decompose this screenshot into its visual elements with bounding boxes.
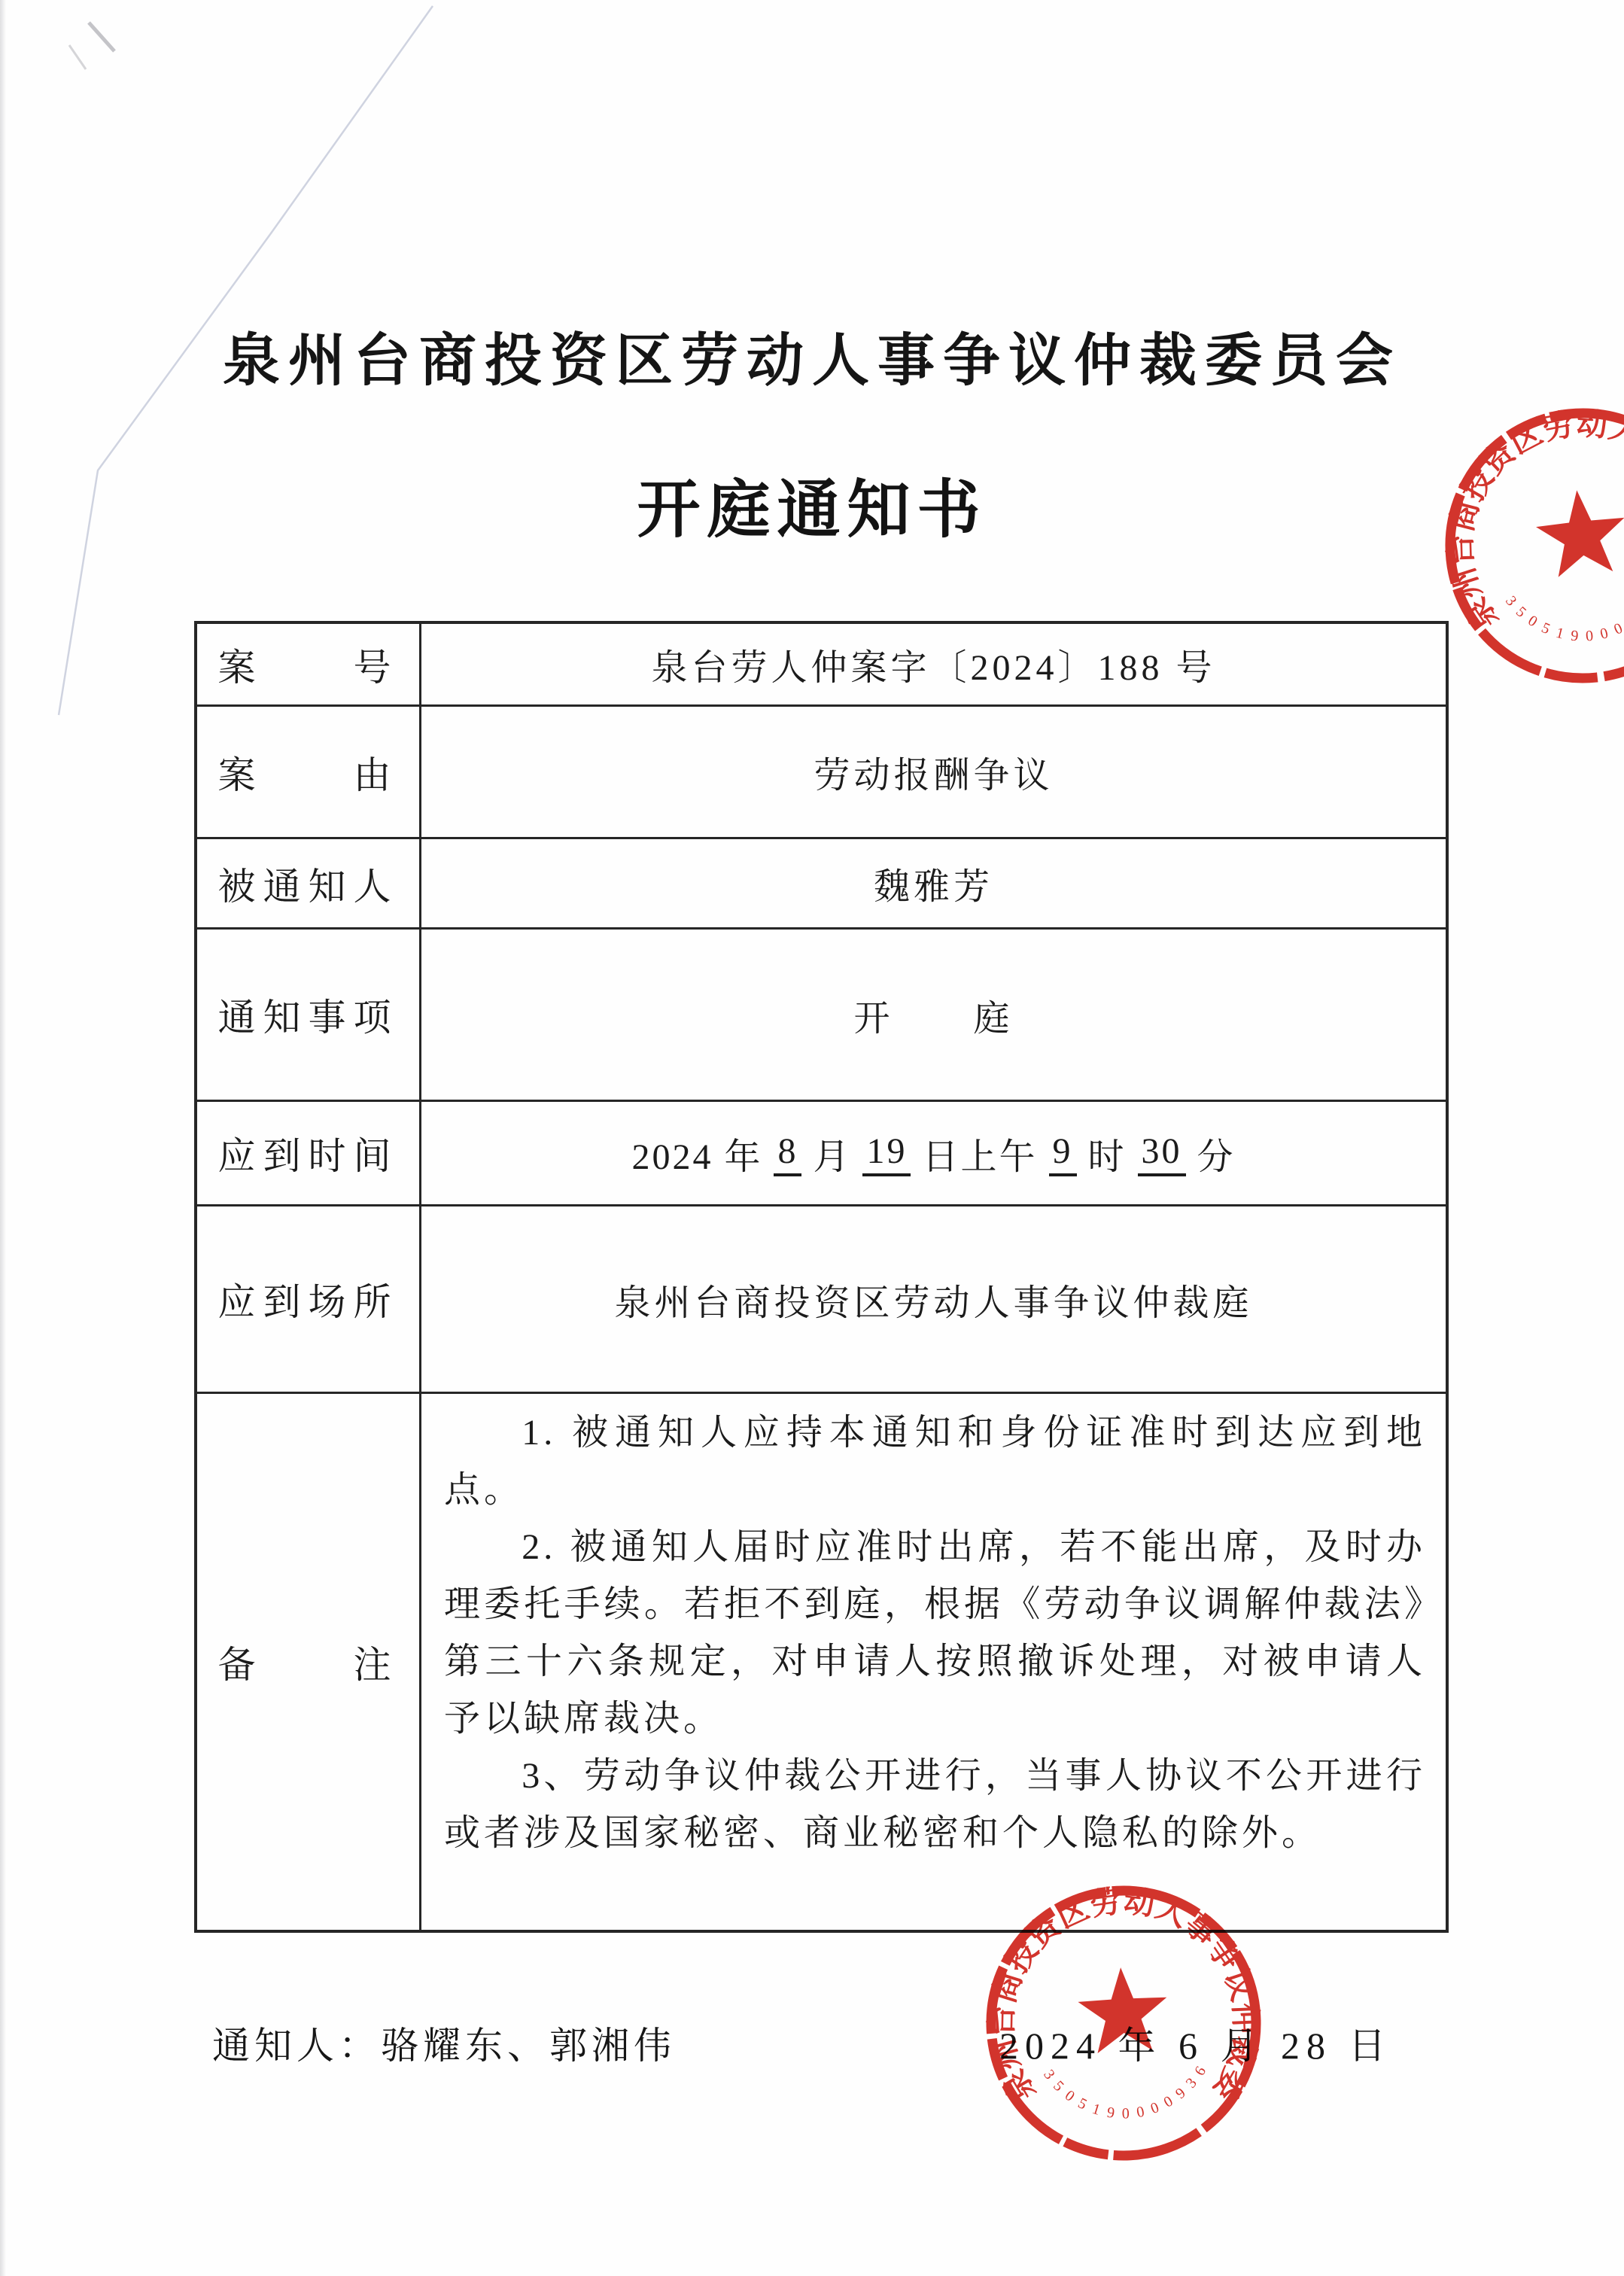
scan-mark (89, 23, 114, 51)
notice-matter-value: 开 庭 (421, 930, 1446, 1102)
case-number-value: 泉台劳人仲案字〔2024〕188 号 (421, 624, 1446, 707)
plain-text: 月 (801, 1127, 862, 1179)
seal-star (1533, 485, 1624, 579)
notified-person-value: 魏雅芳 (421, 839, 1446, 930)
notified-person-label: 被通知人 (197, 839, 421, 930)
remark-paragraph: 3、劳动争议仲裁公开进行，当事人协议不公开进行或者涉及国家秘密、商业秘密和个人隐… (444, 1748, 1426, 1862)
plain-text: 分 (1186, 1127, 1236, 1179)
remarks-label: 备 注 (197, 1394, 421, 1930)
underlined-blank: 19 (862, 1130, 911, 1176)
doc-title: 开庭通知书 (0, 459, 1624, 550)
remark-paragraph: 1. 被通知人应持本通知和身份证准时到达应到地点。 (444, 1404, 1426, 1519)
case-number-label: 案 号 (197, 624, 421, 707)
notifier-names: 骆耀东、郭湘伟 (381, 2025, 676, 2067)
underlined-blank: 9 (1049, 1130, 1077, 1176)
case-cause-label: 案 由 (197, 707, 421, 839)
underlined-blank: 30 (1138, 1130, 1186, 1176)
arrival-place-value: 泉州台商投资区劳动人事争议仲裁庭 (421, 1206, 1446, 1394)
arrival-time-label: 应到时间 (197, 1102, 421, 1206)
plain-text: 时 (1077, 1127, 1138, 1179)
notifier-label: 通知人： (212, 2025, 381, 2067)
notice-table: 案 号 泉台劳人仲案字〔2024〕188 号 案 由 劳动报酬争议 被通知人 魏… (194, 621, 1449, 1933)
seal-code: 3505190000936 (1040, 2058, 1213, 2126)
seal-graphic: 泉州台商投资区劳动人事争议仲裁委员会 3505190000936 (957, 1857, 1289, 2189)
underlined-blank: 8 (774, 1130, 801, 1176)
case-cause-value: 劳动报酬争议 (421, 707, 1446, 839)
remark-paragraph: 2. 被通知人届时应准时出席，若不能出席，及时办理委托手续。若拒不到庭，根据《劳… (444, 1519, 1426, 1748)
org-title: 泉州台商投资区劳动人事争议仲裁委员会 (0, 315, 1624, 397)
remarks-paragraphs: 1. 被通知人应持本通知和身份证准时到达应到地点。2. 被通知人届时应准时出席，… (444, 1404, 1426, 1862)
plain-text: 2024 年 (631, 1127, 774, 1179)
scan-mark (69, 45, 86, 69)
arrival-time-value: 2024 年 8 月 19 日上午 9 时 30 分 (421, 1102, 1446, 1206)
seal-graphic: 泉州台商投资区劳动人事争议仲裁委员会 3505190000936 (1409, 372, 1624, 720)
official-seal-bottom: 泉州台商投资区劳动人事争议仲裁委员会 3505190000936 (957, 1857, 1289, 2189)
notice-matter-label: 通知事项 (197, 930, 421, 1102)
plain-text: 日上午 (911, 1127, 1048, 1179)
document-page: 泉州台商投资区劳动人事争议仲裁委员会 开庭通知书 案 号 泉台劳人仲案字〔202… (0, 0, 1624, 2276)
notifier-line: 通知人：骆耀东、郭湘伟 (212, 2016, 676, 2070)
seal-code: 3505190000936 (1501, 577, 1624, 653)
remarks-value: 1. 被通知人应持本通知和身份证准时到达应到地点。2. 被通知人届时应准时出席，… (421, 1394, 1446, 1930)
official-seal-top: 泉州台商投资区劳动人事争议仲裁委员会 3505190000936 (1409, 372, 1624, 720)
seal-star (1076, 1965, 1169, 2054)
arrival-place-label: 应到场所 (197, 1206, 421, 1394)
